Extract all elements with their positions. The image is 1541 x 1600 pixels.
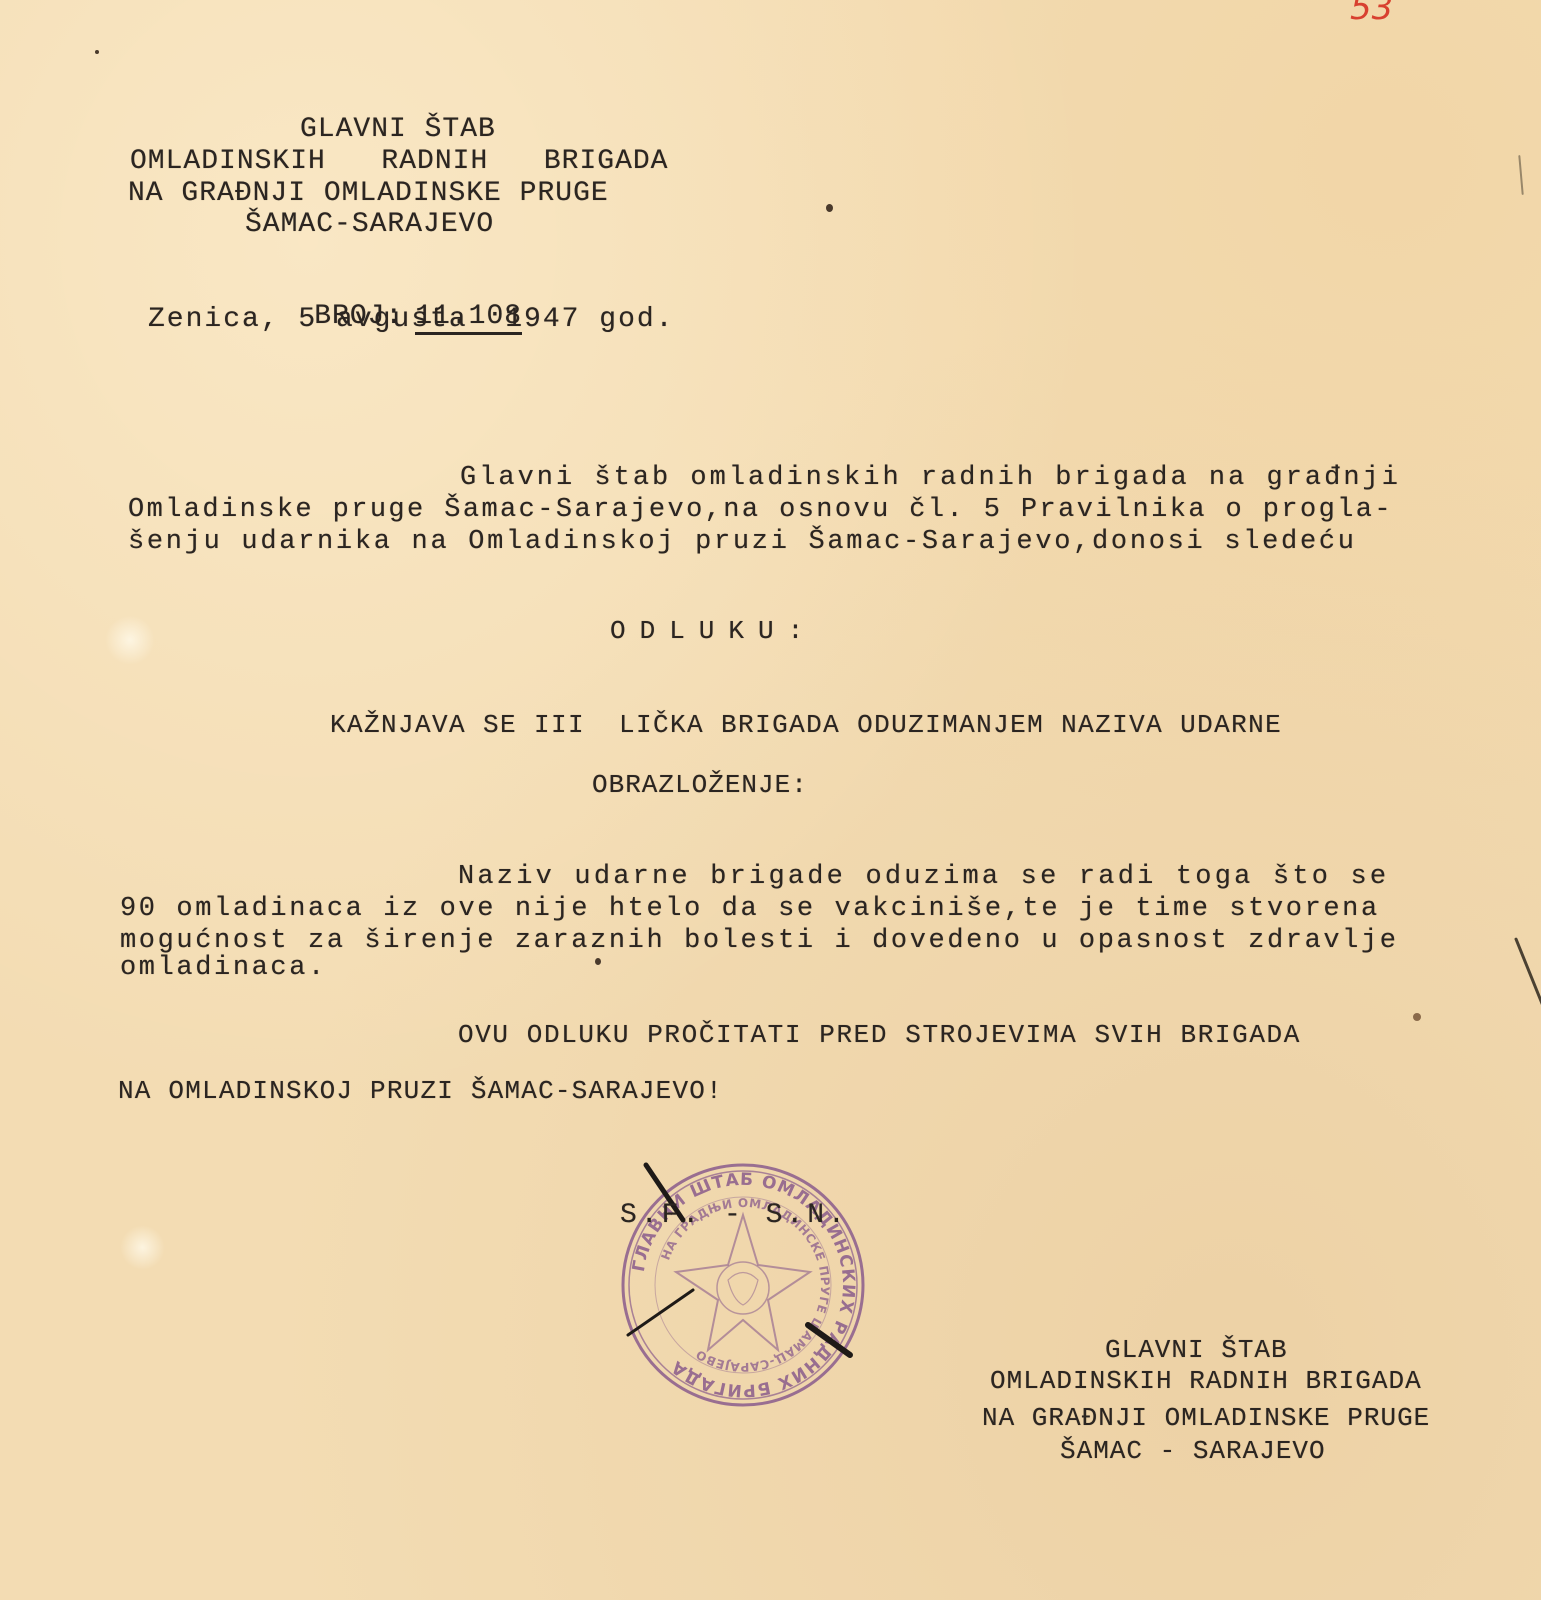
instruction-line: NA OMLADINSKOJ PRUZI ŠAMAC-SARAJEVO! [118, 1076, 723, 1106]
signature-line: ŠAMAC - SARAJEVO [1060, 1436, 1326, 1466]
ink-spot [826, 204, 833, 212]
reasoning-heading: OBRAZLOŽENJE: [592, 770, 808, 800]
intro-line: Glavni štab omladinskih radnih brigada n… [460, 462, 1401, 495]
reasoning-line: Naziv udarne brigade oduzima se radi tog… [458, 861, 1389, 894]
ink-spot [1413, 1013, 1421, 1021]
reasoning-line: 90 omladinaca iz ove nije htelo da se va… [120, 893, 1380, 926]
page-marker: 53 [1350, 0, 1393, 28]
ink-spot [95, 50, 99, 54]
decision-text: KAŽNJAVA SE III LIČKA BRIGADA ODUZIMANJE… [330, 710, 1282, 740]
stamp-seal-icon: ГЛАВНИ ШТАБ ОМЛАДИНСКИХ РАДНИХ БРИГАДА Н… [618, 1160, 868, 1410]
ink-spot [595, 958, 601, 965]
signature-line: GLAVNI ŠTAB [1105, 1335, 1288, 1365]
decision-heading: ODLUKU: [610, 616, 817, 646]
letterhead-line: ŠAMAC-SARAJEVO [245, 209, 494, 240]
reasoning-line: omladinaca. [120, 952, 327, 985]
intro-line: Omladinske pruge Šamac-Sarajevo,na osnov… [128, 494, 1393, 527]
signature-line: OMLADINSKIH RADNIH BRIGADA [990, 1366, 1422, 1396]
letterhead-line: GLAVNI ŠTAB [300, 114, 496, 145]
paper-crease-mark [1514, 937, 1541, 1008]
letterhead-line: NA GRAĐNJI OMLADINSKE PRUGE [128, 178, 609, 209]
instruction-line: OVU ODLUKU PROČITATI PRED STROJEVIMA SVI… [458, 1020, 1301, 1050]
letterhead-line: OMLADINSKIH RADNIH BRIGADA [130, 146, 668, 177]
place-date: Zenica, 5 avgusta 1947 god. [148, 304, 674, 335]
official-stamp: ГЛАВНИ ШТАБ ОМЛАДИНСКИХ РАДНИХ БРИГАДА Н… [618, 1160, 868, 1410]
paper-blemish [105, 615, 155, 665]
signature-line: NA GRAĐNJI OMLADINSKE PRUGE [982, 1403, 1430, 1433]
paper-crease-mark [1518, 155, 1523, 195]
intro-line: šenju udarnika na Omladinskoj pruzi Šama… [128, 526, 1357, 559]
paper-blemish [120, 1225, 165, 1270]
stamp-typed-text: S.F. - S.N. [620, 1200, 849, 1231]
